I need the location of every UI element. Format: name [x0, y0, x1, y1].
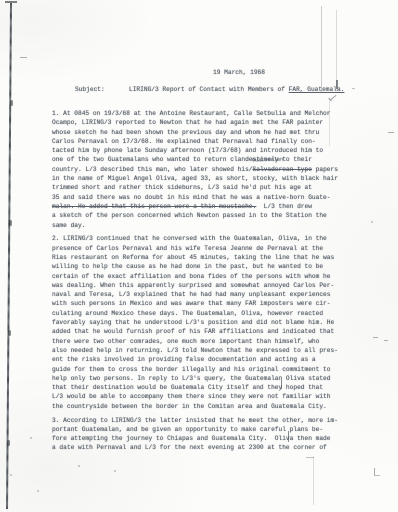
- typed-text: Ocampo, LIRING/3 reported to Newton that…: [52, 119, 323, 126]
- text-line: with such persons in Mexico and was awar…: [52, 299, 352, 308]
- typed-text: in the name of Miguel Angel Oliva, aged …: [52, 175, 338, 182]
- fold-line-hook: [306, 457, 314, 458]
- paragraph-3: 3. According to LIRING/3 the latter insi…: [52, 416, 352, 453]
- text-line: fore attempting the journey to Chiapas a…: [52, 434, 352, 443]
- typed-text: country. L/3 described this man, who lat…: [52, 166, 253, 173]
- typed-text: also needed help in returning. L/3 told …: [52, 347, 338, 354]
- text-line: willing to help the cause as he had done…: [52, 262, 352, 271]
- text-line: was dealing. When this apparently surpri…: [52, 281, 352, 290]
- typed-text: there were two other comrades, one much …: [52, 338, 319, 345]
- typed-text: naval and Teresa, L/3 explained that he …: [52, 291, 330, 298]
- text-line: added that he would furnish proof of his…: [52, 327, 352, 336]
- pen-tick: [288, 431, 289, 442]
- text-line: 1. At 0845 on 19/3/68 at the Antoine Res…: [52, 109, 352, 118]
- text-line: also needed help in returning. L/3 told …: [52, 346, 352, 355]
- text-line: same day.: [52, 221, 352, 230]
- typed-text: 3. According to LIRING/3 the latter insi…: [52, 417, 338, 424]
- scan-speck: [37, 490, 39, 492]
- typed-text: a date with Pernaval and L/3 for the nex…: [52, 444, 327, 451]
- text-line: one of the two Guatemalans who wanted to…: [52, 155, 352, 164]
- text-line: naval and Teresa, L/3 explained that he …: [52, 290, 352, 299]
- scan-corner-tick: [5, 1, 17, 3]
- typed-text: culating around Mexico these days. The G…: [52, 310, 323, 317]
- scan-edge-blob: [7, 440, 10, 446]
- typed-text: trimmed short and rather thick sideburns…: [52, 184, 312, 191]
- margin-dash: [384, 340, 388, 341]
- text-line: trimmed short and rather thick sideburns…: [52, 183, 352, 192]
- typed-text: ent the risks involved in providing fals…: [52, 356, 316, 363]
- typed-text: papers: [312, 166, 338, 173]
- typed-text: whose sketch he had been shown the previ…: [52, 129, 319, 136]
- text-line: country. L/3 described this man, who lat…: [52, 165, 352, 174]
- pen-tick: [281, 380, 282, 389]
- text-line: a sketch of the person concerned which N…: [52, 211, 352, 220]
- typed-text: with such persons in Mexico and was awar…: [52, 300, 330, 307]
- fold-line: [313, 456, 314, 505]
- paragraph-1: 1. At 0845 on 19/3/68 at the Antoine Res…: [52, 109, 352, 230]
- text-line: favorably saying that he understood L/3'…: [52, 318, 352, 327]
- text-line: certain of the exact affiliation and bon…: [52, 272, 352, 281]
- typed-text: guide for them to cross the border illeg…: [52, 366, 330, 373]
- scan-edge-blob: [10, 100, 13, 106]
- fold-line: [321, 6, 322, 92]
- paragraph-2: 2. LIRING/3 continued that he conversed …: [52, 234, 352, 411]
- text-line: the countryside between the border in th…: [52, 402, 352, 411]
- scan-speck: [30, 437, 32, 439]
- typed-text: help only two persons. In reply to L/3's…: [52, 375, 330, 382]
- scan-speck: [10, 474, 12, 476]
- text-line: that their destination would be Guatemal…: [52, 383, 352, 392]
- typed-text: the countryside between the border in th…: [52, 403, 327, 410]
- scan-edge-blob: [8, 330, 11, 336]
- text-line: whose sketch he had been shown the previ…: [52, 128, 352, 137]
- scan-speck: [371, 221, 373, 223]
- typed-text: L/3 would be able to accompany them ther…: [52, 393, 330, 400]
- text-line: 2. LIRING/3 continued that he conversed …: [52, 234, 352, 243]
- scanned-memo-page: 19 March, 1968 Subject: LIRING/3 Report …: [0, 0, 398, 512]
- text-line: in the name of Miguel Angel Oliva, aged …: [52, 174, 352, 183]
- typed-text: L/3 then drew: [256, 203, 312, 210]
- typed-text: 1. At 0845 on 19/3/68 at the Antoine Res…: [52, 110, 330, 117]
- typed-text: tacted him by phone late Sunday afternoo…: [52, 147, 323, 154]
- text-line: 35 and said there was no doubt in his mi…: [52, 193, 352, 202]
- text-line: Carlos Pernaval on 17/3/68. He explained…: [52, 137, 352, 146]
- text-line: a date with Pernaval and L/3 for the nex…: [52, 443, 352, 452]
- text-line: there were two other comrades, one much …: [52, 337, 352, 346]
- text-line: portant Guatemalan, and be given an oppo…: [52, 425, 352, 434]
- text-line: 3. According to LIRING/3 the latter insi…: [52, 416, 352, 425]
- document-date: 19 March, 1968: [213, 69, 265, 76]
- fold-line-blot: [336, 80, 338, 89]
- typed-text: 2. LIRING/3 continued that he conversed …: [52, 235, 327, 242]
- text-line: presence of Carlos Pernaval and his wife…: [52, 244, 352, 253]
- margin-dash: [388, 132, 394, 133]
- text-line: malan. He added that this person wore a …: [52, 202, 352, 211]
- margin-dash: [373, 337, 378, 338]
- typed-text: was dealing. When this apparently surpri…: [52, 282, 334, 289]
- typed-text: that their destination would be Guatemal…: [52, 384, 323, 391]
- typed-text: one of the two Guatemalans who wanted to…: [52, 156, 312, 163]
- text-line: Ocampo, LIRING/3 reported to Newton that…: [52, 118, 352, 127]
- text-line: Rias restaurant on Reforma for about 45 …: [52, 253, 352, 262]
- text-line: tacted him by phone late Sunday afternoo…: [52, 146, 352, 155]
- struck-text: Salvadorean-type: [253, 166, 312, 173]
- scan-speck: [78, 465, 80, 467]
- subject-title: LIRING/3 Report of Contact with Members …: [129, 86, 289, 93]
- scan-edge-blob: [9, 220, 12, 226]
- fold-line: [336, 10, 337, 88]
- typed-text: willing to help the cause as he had done…: [52, 263, 323, 270]
- text-line: help only two persons. In reply to L/3's…: [52, 374, 352, 383]
- typed-text: same day.: [52, 222, 85, 229]
- check-mark: [330, 95, 336, 100]
- subject-label: Subject:: [75, 86, 105, 93]
- typed-text: portant Guatemalan, and be given an oppo…: [52, 426, 323, 433]
- struck-text: malan. He added that this person wore a …: [52, 203, 256, 210]
- typed-text: Carlos Pernaval on 17/3/68. He explained…: [52, 138, 316, 145]
- typed-text: 35 and said there was no doubt in his mi…: [52, 194, 330, 201]
- paragraphs: 1. At 0845 on 19/3/68 at the Antoine Res…: [52, 109, 352, 457]
- pen-corner-mark: [374, 468, 380, 476]
- text-line: guide for them to cross the border illeg…: [52, 365, 352, 374]
- typed-text: added that he would furnish proof of his…: [52, 328, 334, 335]
- typed-text: favorably saying that he understood L/3'…: [52, 319, 334, 326]
- typed-text: Rias restaurant on Reforma for about 45 …: [52, 254, 334, 261]
- text-line: L/3 would be able to accompany them ther…: [52, 392, 352, 401]
- subject-line: LIRING/3 Report of Contact with Members …: [129, 86, 344, 93]
- typed-text: certain of the exact affiliation and bon…: [52, 273, 330, 280]
- margin-dash: [20, 57, 27, 58]
- scan-speck: [114, 470, 116, 472]
- scan-edge-line: [6, 3, 12, 509]
- typed-text: a sketch of the person concerned which N…: [52, 212, 327, 219]
- typed-text: presence of Carlos Pernaval and his wife…: [52, 245, 323, 252]
- fold-line: [329, 98, 330, 146]
- scan-speck: [352, 88, 355, 89]
- text-line: ent the risks involved in providing fals…: [52, 355, 352, 364]
- text-line: culating around Mexico these days. The G…: [52, 309, 352, 318]
